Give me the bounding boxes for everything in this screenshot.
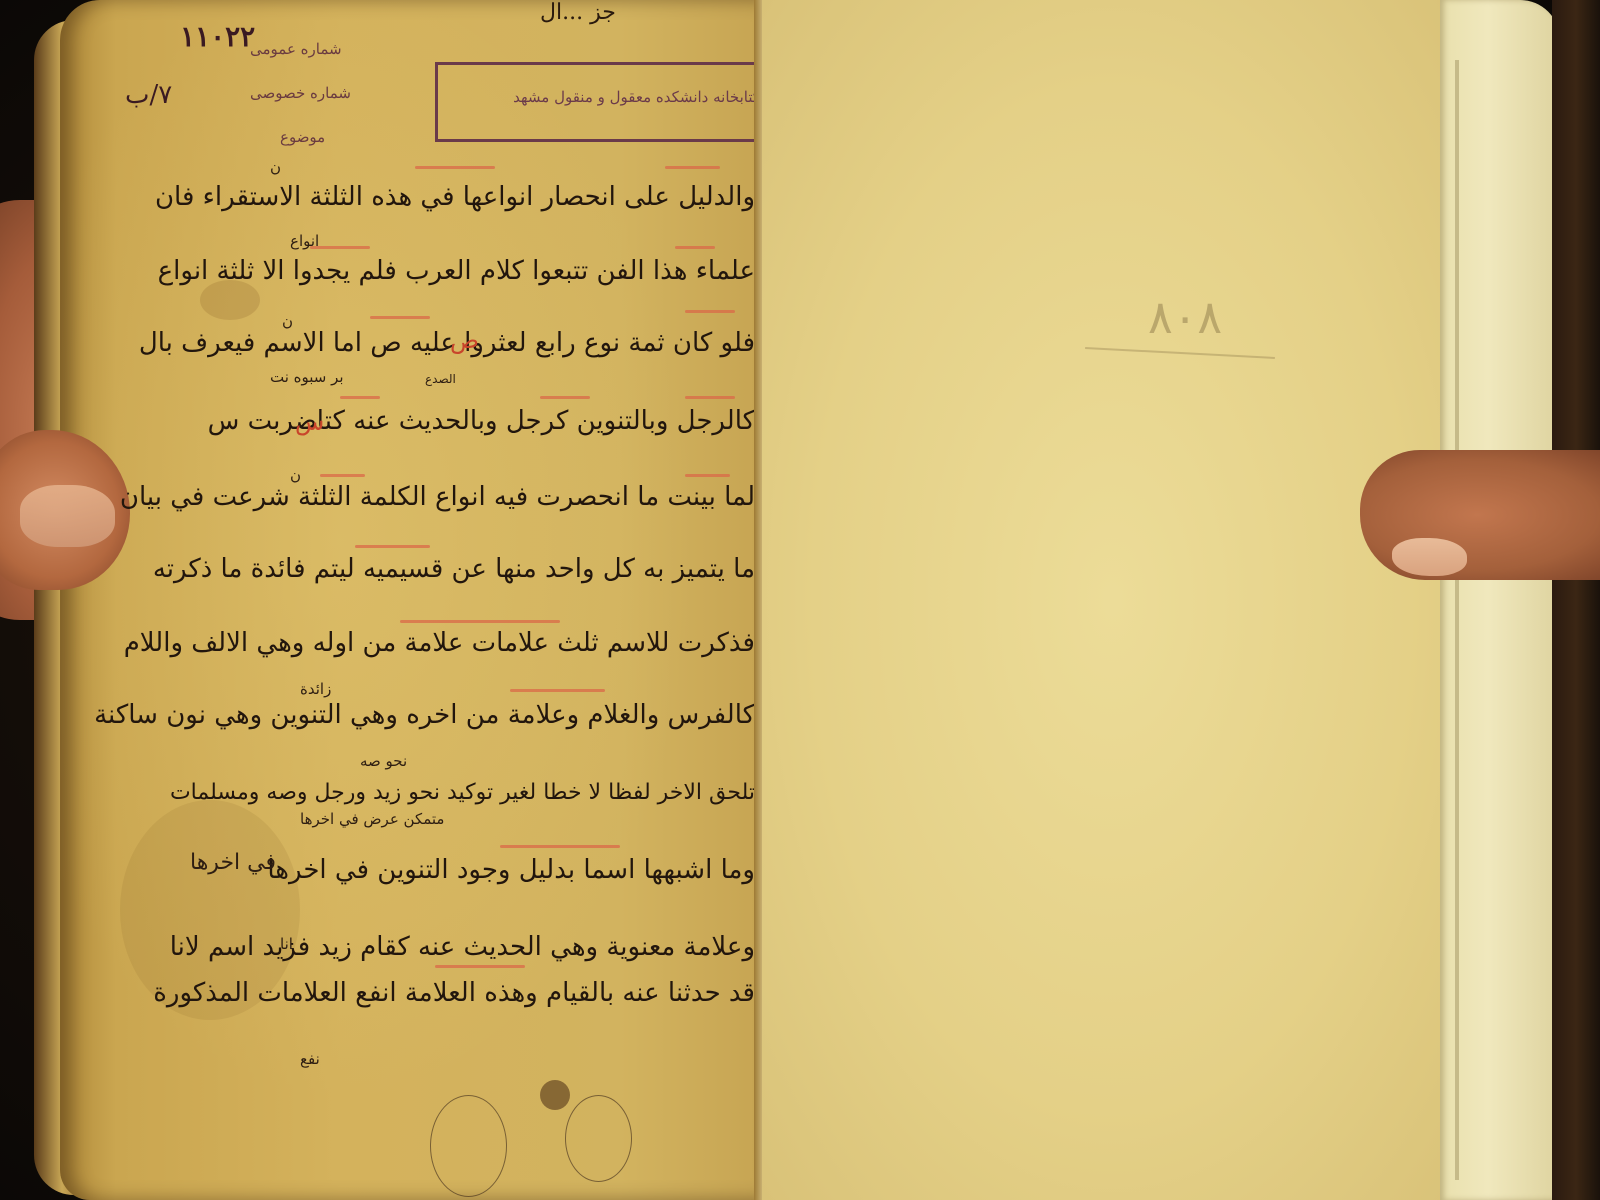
- margin-note: ن: [282, 312, 293, 330]
- rubric-line: [685, 310, 735, 313]
- margin-note: بر سبوه نت: [270, 368, 344, 386]
- subject-label: موضوع: [280, 128, 325, 146]
- manuscript-line: قد حدثنا عنه بالقيام وهذه العلامة انفع ا…: [153, 978, 755, 1008]
- rubric-line: [675, 246, 715, 249]
- rubric-line: [500, 845, 620, 848]
- rubric-line: [435, 965, 525, 968]
- left-page: [60, 0, 760, 1200]
- right-thumbnail: [1392, 538, 1467, 576]
- margin-note: انواع: [290, 232, 319, 250]
- margin-note: ن: [270, 158, 281, 176]
- manuscript-line: وما اشبهها اسما بدليل وجود التنوين في اخ…: [267, 855, 755, 885]
- ink-blot: [540, 1080, 570, 1110]
- right-page: [762, 0, 1462, 1200]
- margin-note: زائدة: [300, 680, 331, 698]
- rubric-line: [685, 396, 735, 399]
- private-number-label: شماره خصوصی: [250, 84, 351, 102]
- rubric-marker: ص: [450, 326, 479, 354]
- private-number: ٧/ب: [125, 80, 172, 110]
- rubric-line: [685, 474, 730, 477]
- general-number-label: شماره عمومی: [250, 40, 342, 58]
- manuscript-line: فذكرت للاسم ثلث علامات علامة من اوله وهي…: [124, 628, 755, 658]
- manuscript-line: كالفرس والغلام وعلامة من اخره وهي التنوي…: [94, 700, 755, 730]
- stain: [200, 280, 260, 320]
- margin-note: نفع: [300, 1050, 320, 1068]
- manuscript-line: لما بينت ما انحصرت فيه انواع الكلمة الثل…: [120, 482, 755, 512]
- rubric-marker: س: [295, 408, 324, 436]
- margin-note: انا: [280, 935, 293, 953]
- margin-note: ن: [290, 466, 301, 484]
- rubric-line: [340, 396, 380, 399]
- rubric-line: [320, 474, 365, 477]
- margin-note: في اخرها: [190, 850, 276, 875]
- rubric-line: [400, 620, 560, 623]
- manuscript-line: كالرجل وبالتنوين كرجل وبالحديث عنه كتاضر…: [208, 406, 755, 436]
- manuscript-line: ما يتميز به كل واحد منها عن قسيميه ليتم …: [153, 554, 755, 584]
- pencil-circle-mark: [565, 1095, 632, 1182]
- manuscript-line: علماء هذا الفن تتبعوا كلام العرب فلم يجد…: [158, 256, 755, 286]
- margin-note: نحو صه: [360, 752, 407, 770]
- right-page-edge: [1455, 60, 1459, 1180]
- rubric-line: [540, 396, 590, 399]
- top-note: جز ...ال: [540, 0, 616, 25]
- rubric-line: [510, 689, 605, 692]
- rubric-line: [665, 166, 720, 169]
- margin-note: متمكن عرض في اخرها: [300, 810, 444, 828]
- margin-note: الصدع: [425, 372, 456, 386]
- pencil-circle-mark: [430, 1095, 507, 1197]
- rubric-line: [355, 545, 430, 548]
- rubric-line: [370, 316, 430, 319]
- library-stamp-text: کتابخانه دانشکده معقول و منقول مشهد: [445, 88, 760, 106]
- manuscript-line: فلو كان ثمة نوع رابع لعثروا عليه ص اما ا…: [139, 328, 755, 358]
- book-cover-right: [1552, 0, 1600, 1200]
- manuscript-line: وعلامة معنوية وهي الحديث عنه كقام زيد فز…: [170, 932, 755, 962]
- general-number: ١١٠٢٢: [180, 20, 255, 53]
- manuscript-line: تلحق الاخر لفظا لا خطا لغير توكيد نحو زي…: [170, 780, 755, 805]
- pencil-folio-number: ۸۰۸: [1148, 290, 1222, 344]
- rubric-line: [415, 166, 495, 169]
- manuscript-line: والدليل على انحصار انواعها في هذه الثلثة…: [155, 182, 755, 212]
- left-thumbnail: [20, 485, 115, 547]
